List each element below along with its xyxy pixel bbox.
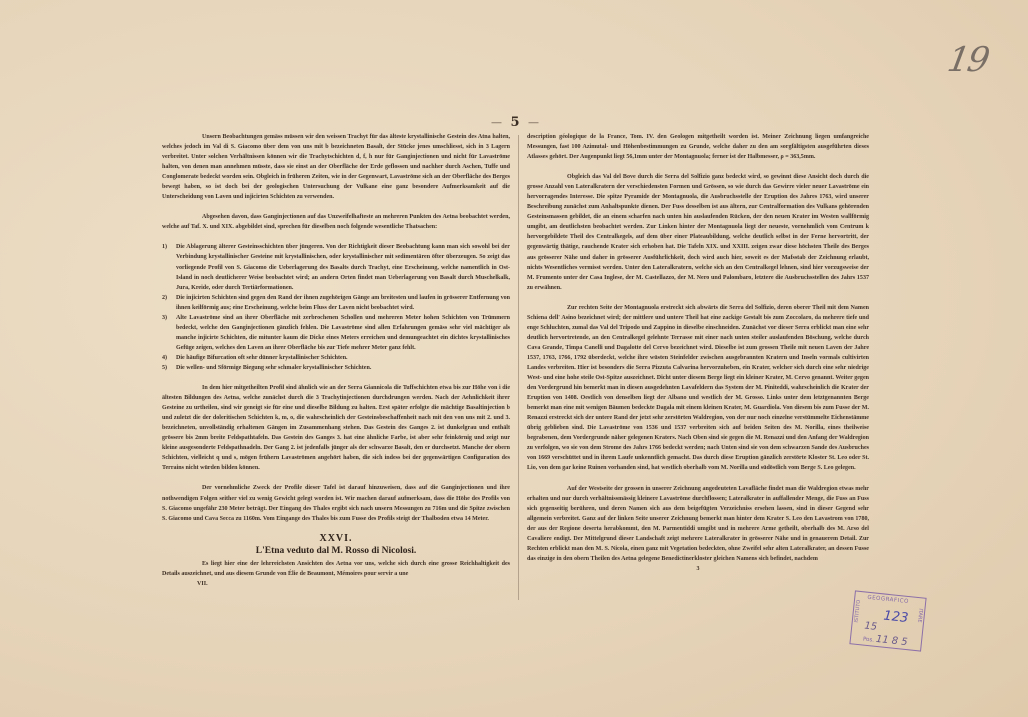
paragraph: Abgesehen davon, dass Ganginjectionen au… xyxy=(162,212,510,232)
page-number-value: 5 xyxy=(510,115,521,130)
list-number: 5) xyxy=(162,363,176,373)
stamp-row3: Pos. 11 8 5 xyxy=(863,633,909,649)
dash-left: — xyxy=(491,116,504,129)
footer-signature: 3 xyxy=(527,564,869,574)
stamp-pos-label: Pos. xyxy=(863,636,875,643)
column-divider xyxy=(518,135,519,600)
stamp-left-text: ISTITUTO xyxy=(854,600,862,623)
list-item: 5)Die wellen- und Sförmige Biegung sehr … xyxy=(162,363,510,373)
signature-mark: VII. xyxy=(162,579,510,589)
list-text: Die injicirten Schichten sind gegen den … xyxy=(176,295,510,311)
paragraph: description géologique de la France, Tom… xyxy=(527,132,869,162)
list-number: 4) xyxy=(162,353,176,363)
paragraph: Zur rechten Seite der Montagnuola erstre… xyxy=(527,303,869,474)
stamp-number: 123 xyxy=(883,609,909,627)
paragraph: In dem hier mitgetheilten Profil sind äh… xyxy=(162,383,510,473)
stamp-row2: 15 xyxy=(864,621,878,633)
list-item: 1)Die Ablagerung älterer Gesteinsschicht… xyxy=(162,242,510,292)
list-text: Die wellen- und Sförmige Biegung sehr sc… xyxy=(176,365,371,371)
list-number: 1) xyxy=(162,242,176,252)
list-number: 3) xyxy=(162,313,176,323)
stamp-top-text: GEOGRAFICO xyxy=(867,595,909,605)
stamp-right-text: ITARE xyxy=(916,608,923,623)
paragraph: Auf der Westseite der grossen in unserer… xyxy=(527,484,869,564)
list-item: 3)Alte Lavaströme sind an ihrer Oberfläc… xyxy=(162,313,510,353)
page-number: — 5 — xyxy=(486,115,546,130)
list-number: 2) xyxy=(162,293,176,303)
paragraph: Obgleich das Val del Bove durch die Serr… xyxy=(527,172,869,293)
list-item: 2)Die injicirten Schichten sind gegen de… xyxy=(162,293,510,313)
paragraph: Unsern Beobachtungen gemäss müssen wir d… xyxy=(162,132,510,202)
stamp-pos-value: 11 8 5 xyxy=(875,634,908,648)
numbered-list: 1)Die Ablagerung älterer Gesteinsschicht… xyxy=(162,242,510,373)
paragraph: Der vornehmliche Zweck der Profile diese… xyxy=(162,483,510,523)
paragraph: Es liegt hier eine der lehrreichsten Ans… xyxy=(162,559,510,579)
right-column: description géologique de la France, Tom… xyxy=(527,132,869,574)
list-text: Alte Lavaströme sind an ihrer Oberfläche… xyxy=(176,315,510,351)
left-column: Unsern Beobachtungen gemäss müssen wir d… xyxy=(162,132,510,589)
list-text: Die Ablagerung älterer Gesteinsschichten… xyxy=(176,244,510,290)
list-text: Die häufige Bifurcation oft sehr dünner … xyxy=(176,355,348,361)
list-item: 4)Die häufige Bifurcation oft sehr dünne… xyxy=(162,353,510,363)
dash-right: — xyxy=(528,116,541,129)
library-stamp: GEOGRAFICO ISTITUTO ITARE 123 15 Pos. 11… xyxy=(849,590,926,651)
handwritten-folio-number: 19 xyxy=(944,40,990,80)
section-number: XXVI. xyxy=(162,534,510,544)
section-title: L'Etna veduto dal M. Rosso di Nicolosi. xyxy=(162,546,510,556)
